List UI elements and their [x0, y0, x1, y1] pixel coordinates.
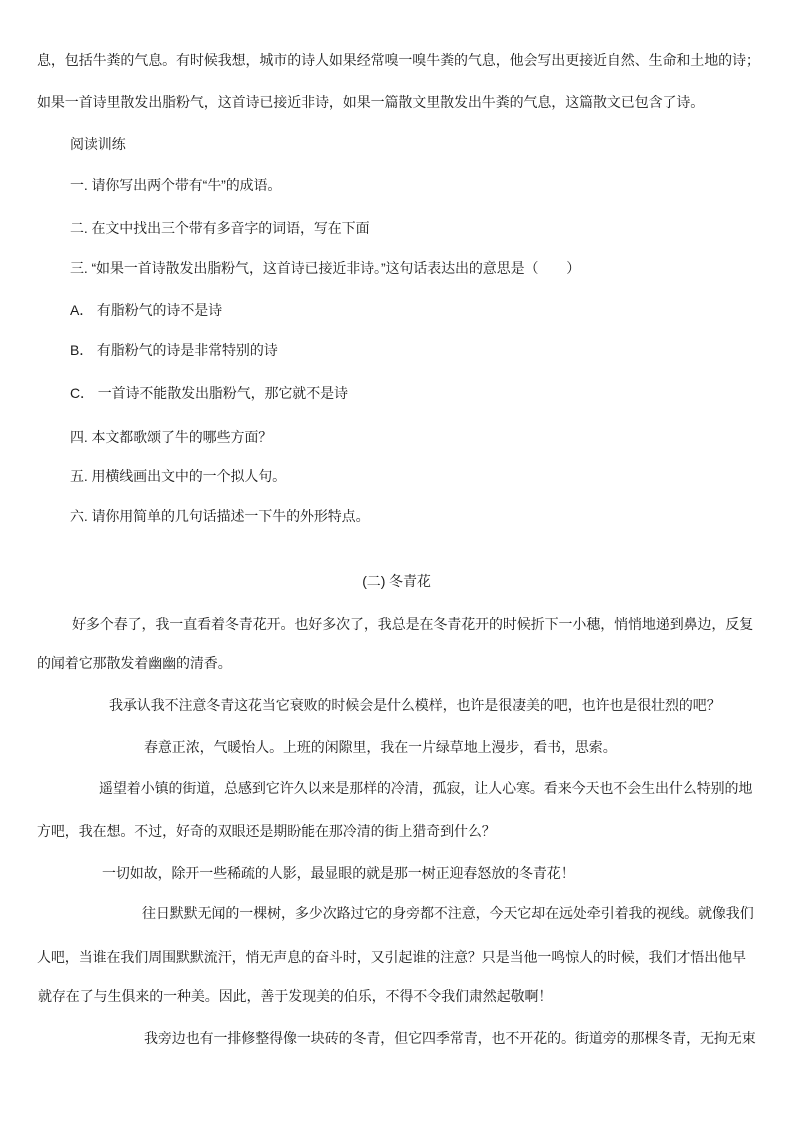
- question-3: 三. “如果一首诗散发出脂粉气，这首诗已接近非诗。”这句话表达出的意思是（ ）: [70, 259, 580, 277]
- question-6: 六. 请你用简单的几句话描述一下牛的外形特点。: [70, 507, 369, 525]
- part2-title: (二) 冬青花: [0, 572, 793, 590]
- part2-paragraph7: 我旁边也有一排修整得像一块砖的冬青，但它四季常青，也不开花的。街道旁的那棵冬青，…: [144, 1029, 756, 1047]
- part2-paragraph1-line2: 的闻着它那散发着幽幽的清香。: [37, 654, 232, 672]
- part2-paragraph6-line1: 往日默默无闻的一棵树，多少次路过它的身旁都不注意，今天它却在远处牵引着我的视线。…: [142, 904, 754, 922]
- part2-paragraph6-line3: 就存在了与生俱来的一种美。因此，善于发现美的伯乐，不得不令我们肃然起敬啊！: [38, 987, 552, 1005]
- part2-paragraph5: 一切如故，除开一些稀疏的人影，最显眼的就是那一树正迎春怒放的冬青花！: [102, 864, 575, 882]
- question-3-option-c: C． 一首诗不能散发出脂粉气，那它就不是诗: [70, 384, 348, 402]
- question-1: 一. 请你写出两个带有“牛”的成语。: [70, 176, 281, 194]
- part2-paragraph4-line2: 方吧，我在想。不过，好奇的双眼还是期盼能在那冷清的街上猎奇到什么？: [37, 822, 496, 840]
- part1-continuation-line-2: 如果一首诗里散发出脂粉气，这首诗已接近非诗，如果一篇散文里散发出牛粪的气息，这篇…: [37, 93, 704, 111]
- part2-paragraph4-line1: 遥望着小镇的街道，总感到它许久以来是那样的冷清，孤寂，让人心寒。看来今天也不会生…: [99, 779, 752, 797]
- question-5: 五. 用横线画出文中的一个拟人句。: [70, 467, 286, 485]
- part2-paragraph1-line1: 好多个春了，我一直看着冬青花开。也好多次了，我总是在冬青花开的时候折下一小穗，悄…: [72, 615, 753, 633]
- question-4: 四. 本文都歌颂了牛的哪些方面？: [70, 428, 272, 446]
- question-3-option-b: B． 有脂粉气的诗是非常特别的诗: [70, 341, 278, 359]
- part2-paragraph6-line2: 人吧，当谁在我们周围默默流汗，悄无声息的奋斗时，又引起谁的注意？只是当他一鸣惊人…: [37, 948, 746, 966]
- part1-continuation-line-1: 息，包括牛粪的气息。有时候我想，城市的诗人如果经常嗅一嗅牛粪的气息，他会写出更接…: [37, 51, 760, 69]
- document-page: 息，包括牛粪的气息。有时候我想，城市的诗人如果经常嗅一嗅牛粪的气息，他会写出更接…: [0, 0, 793, 1122]
- question-2: 二. 在文中找出三个带有多音字的词语，写在下面: [70, 219, 369, 237]
- part2-paragraph3: 春意正浓，气暖怡人。上班的闲隙里，我在一片绿草地上漫步，看书，思索。: [144, 738, 617, 756]
- section-heading-reading-training: 阅读训练: [70, 135, 126, 153]
- part2-paragraph2: 我承认我不注意冬青这花当它衰败的时候会是什么模样，也许是很凄美的吧，也许也是很壮…: [109, 696, 721, 714]
- question-3-option-a: A． 有脂粉气的诗不是诗: [70, 301, 222, 319]
